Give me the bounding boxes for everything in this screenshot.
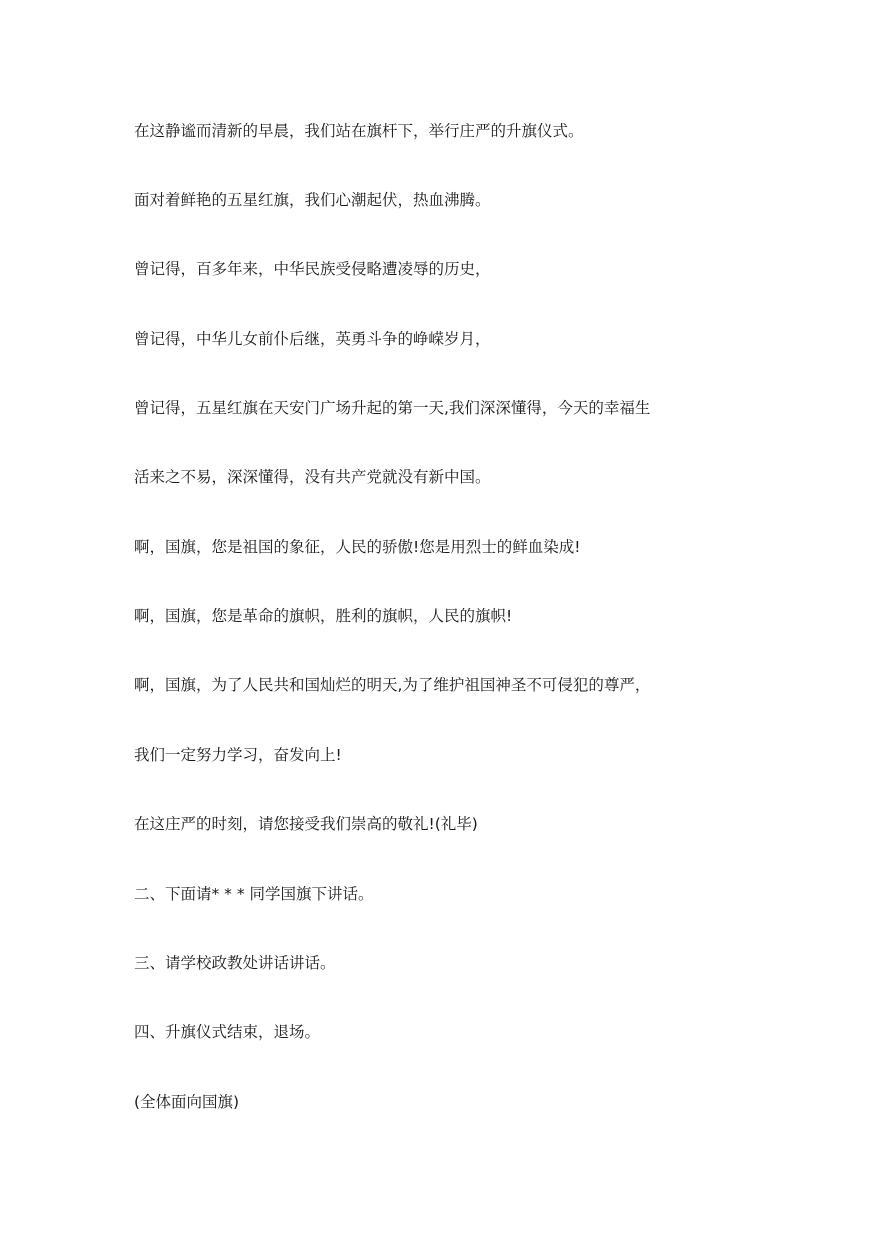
text-line-12: 二、下面请* * * 同学国旗下讲话。 xyxy=(134,884,374,904)
text-line-8: 啊，国旗，您是革命的旗帜，胜利的旗帜，人民的旗帜! xyxy=(134,606,512,626)
text-line-9: 啊，国旗，为了人民共和国灿烂的明天,为了维护祖国神圣不可侵犯的尊严， xyxy=(134,675,650,695)
text-line-14: 四、升旗仪式结束，退场。 xyxy=(134,1022,320,1042)
text-line-4: 曾记得，中华儿女前仆后继，英勇斗争的峥嵘岁月， xyxy=(134,329,491,349)
text-line-1: 在这静谧而清新的早晨，我们站在旗杆下，举行庄严的升旗仪式。 xyxy=(134,121,584,141)
text-line-6: 活来之不易，深深懂得，没有共产党就没有新中国。 xyxy=(134,467,491,487)
text-line-11: 在这庄严的时刻，请您接受我们崇高的敬礼!(礼毕) xyxy=(134,814,478,834)
document-page: 在这静谧而清新的早晨，我们站在旗杆下，举行庄严的升旗仪式。 面对着鲜艳的五星红旗… xyxy=(0,0,884,1250)
text-line-10: 我们一定努力学习，奋发向上! xyxy=(134,745,342,765)
text-line-3: 曾记得，百多年来，中华民族受侵略遭凌辱的历史， xyxy=(134,259,491,279)
text-line-2: 面对着鲜艳的五星红旗，我们心潮起伏，热血沸腾。 xyxy=(134,190,491,210)
text-line-5: 曾记得，五星红旗在天安门广场升起的第一天,我们深深懂得，今天的幸福生 xyxy=(134,398,650,418)
text-line-13: 三、请学校政教处讲话讲话。 xyxy=(134,953,336,973)
text-line-7: 啊，国旗，您是祖国的象征，人民的骄傲!您是用烈士的鲜血染成! xyxy=(134,537,580,557)
text-line-15: (全体面向国旗) xyxy=(134,1092,239,1112)
